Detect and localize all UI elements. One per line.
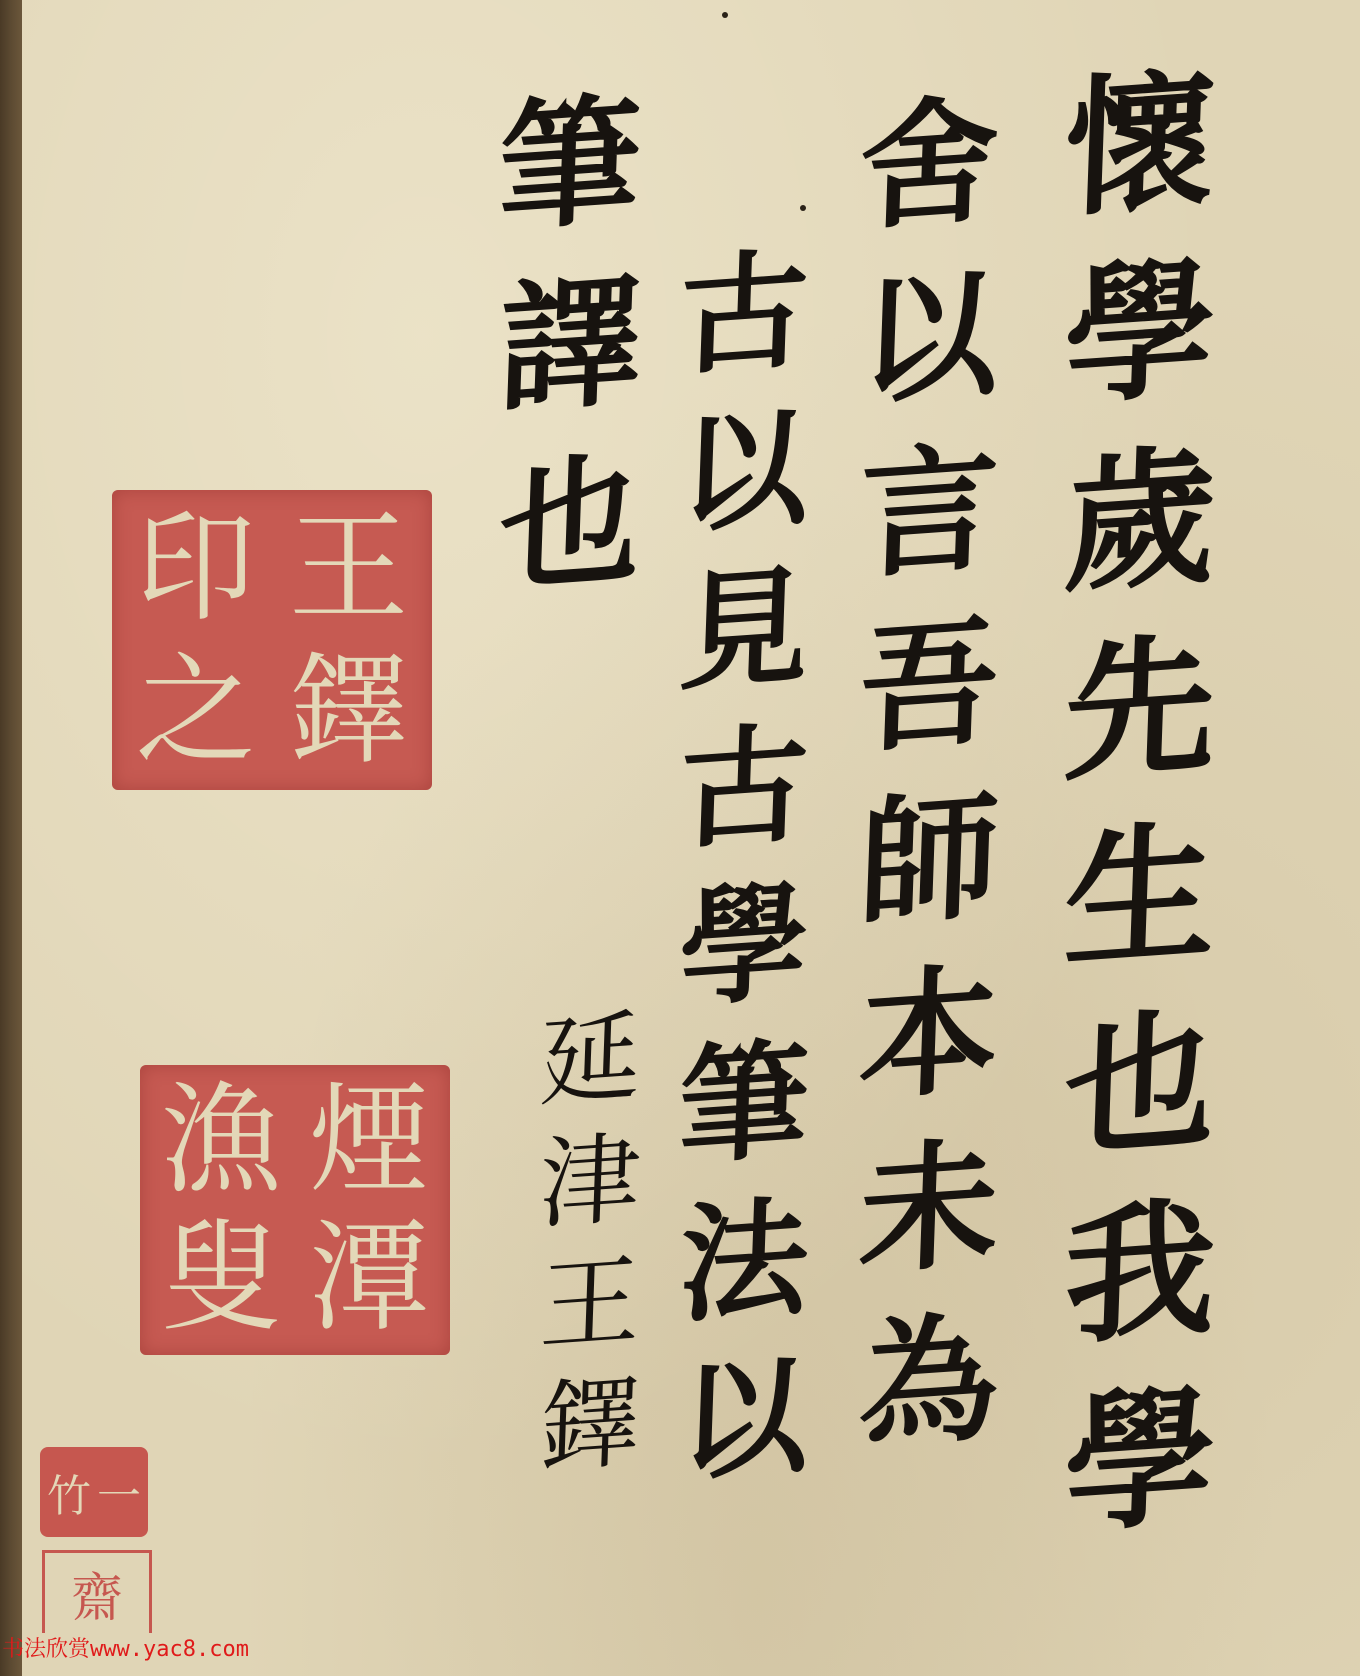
seal-glyph: 印 — [124, 502, 267, 635]
glyph: 先 — [1062, 629, 1218, 789]
seal-glyph: 齋 — [71, 1556, 123, 1631]
glyph: 師 — [857, 786, 1001, 933]
glyph: 王 — [538, 1251, 642, 1358]
glyph: 學 — [1062, 1381, 1218, 1541]
seal-glyph: 叟 — [152, 1215, 290, 1343]
seal-small-bottom: 齋 — [42, 1550, 152, 1633]
glyph: 譯 — [497, 270, 643, 419]
seal-glyph: 竹 — [47, 1460, 91, 1524]
glyph: 法 — [677, 1194, 810, 1331]
glyph: 歲 — [1062, 441, 1218, 601]
glyph: 筆 — [677, 1036, 810, 1173]
seal-glyph: 煙 — [300, 1077, 438, 1205]
seal-large-lower: 漁 煙 叟 潭 — [140, 1065, 450, 1355]
glyph: 為 — [857, 1308, 1001, 1455]
glyph: 吾 — [857, 612, 1001, 759]
site-watermark: 书法欣赏www.yac8.com — [2, 1632, 249, 1663]
calligraphy-column-1: 懷 學 歲 先 生 也 我 學 — [1065, 70, 1215, 1536]
glyph: 津 — [538, 1129, 642, 1236]
glyph: 學 — [677, 878, 810, 1015]
glyph: 以 — [677, 404, 810, 541]
ink-speck — [722, 12, 728, 18]
seal-glyph: 之 — [124, 645, 267, 778]
glyph: 也 — [1062, 1005, 1218, 1165]
glyph: 古 — [677, 246, 810, 383]
glyph: 以 — [857, 264, 1001, 411]
calligraphy-column-4: 筆 譯 也 — [500, 95, 640, 595]
glyph: 古 — [677, 720, 810, 857]
calligraphy-column-3: 古 以 見 古 學 筆 法 以 — [680, 250, 808, 1484]
seal-large-upper: 印 王 之 鐸 — [112, 490, 432, 790]
seal-glyph: 一 — [97, 1460, 141, 1524]
glyph: 本 — [857, 960, 1001, 1107]
ink-speck — [800, 205, 806, 211]
signature: 延 津 王 鐸 — [540, 1010, 640, 1476]
glyph: 舍 — [857, 90, 1001, 237]
glyph: 言 — [857, 438, 1001, 585]
seal-glyph: 王 — [277, 502, 420, 635]
seal-glyph: 潭 — [300, 1215, 438, 1343]
glyph: 未 — [857, 1134, 1001, 1281]
glyph: 鐸 — [538, 1373, 642, 1480]
glyph: 見 — [677, 562, 810, 699]
glyph: 延 — [538, 1007, 642, 1114]
glyph: 我 — [1062, 1193, 1218, 1353]
seal-glyph: 漁 — [152, 1077, 290, 1205]
glyph: 也 — [497, 450, 643, 599]
mounting-border — [0, 0, 22, 1676]
seal-small-top: 竹 一 — [40, 1447, 148, 1537]
calligraphy-column-2: 舍 以 言 吾 師 本 未 為 — [860, 95, 998, 1451]
glyph: 以 — [677, 1352, 810, 1489]
glyph: 筆 — [497, 90, 643, 239]
glyph: 懷 — [1062, 65, 1218, 225]
glyph: 學 — [1062, 253, 1218, 413]
glyph: 生 — [1062, 817, 1218, 977]
seal-glyph: 鐸 — [277, 645, 420, 778]
